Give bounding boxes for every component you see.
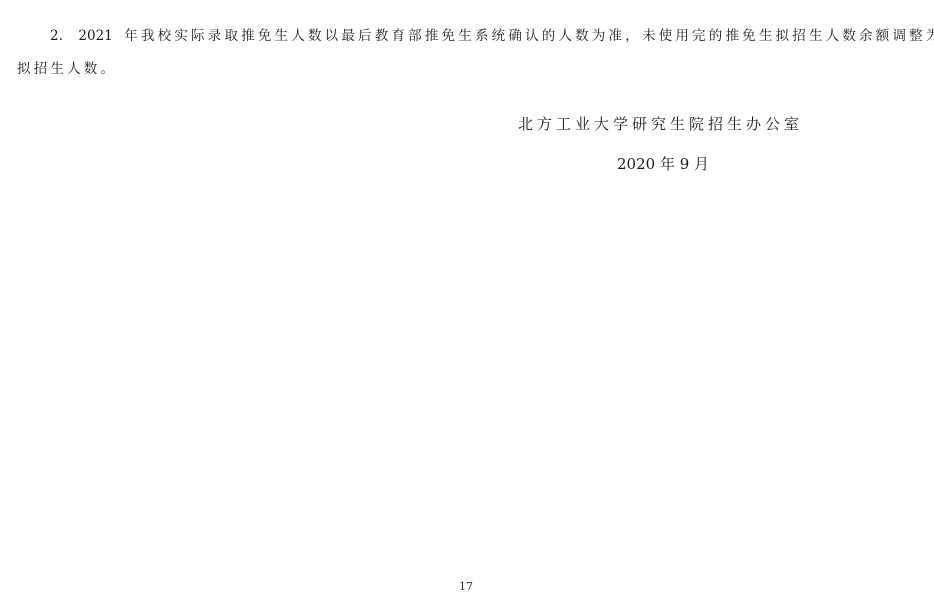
- signature-organization: 北方工业大学研究生院招生办公室: [518, 114, 803, 134]
- item-number: 2.: [50, 28, 63, 44]
- paragraph-text-line-2: 拟招生人数。: [17, 61, 117, 77]
- page-number: 17: [459, 580, 473, 594]
- paragraph-text-line-1: 年我校实际录取推免生人数以最后教育部推免生系统确认的人数为准，未使用完的推免生拟…: [124, 28, 934, 44]
- paragraph-line-1: 2. 2021 年我校实际录取推免生人数以最后教育部推免生系统确认的人数为准，未…: [50, 26, 934, 46]
- year-text: 2021: [78, 28, 112, 44]
- signature-date: 2020 年 9 月: [617, 154, 709, 174]
- paragraph-line-2: 拟招生人数。: [17, 59, 117, 79]
